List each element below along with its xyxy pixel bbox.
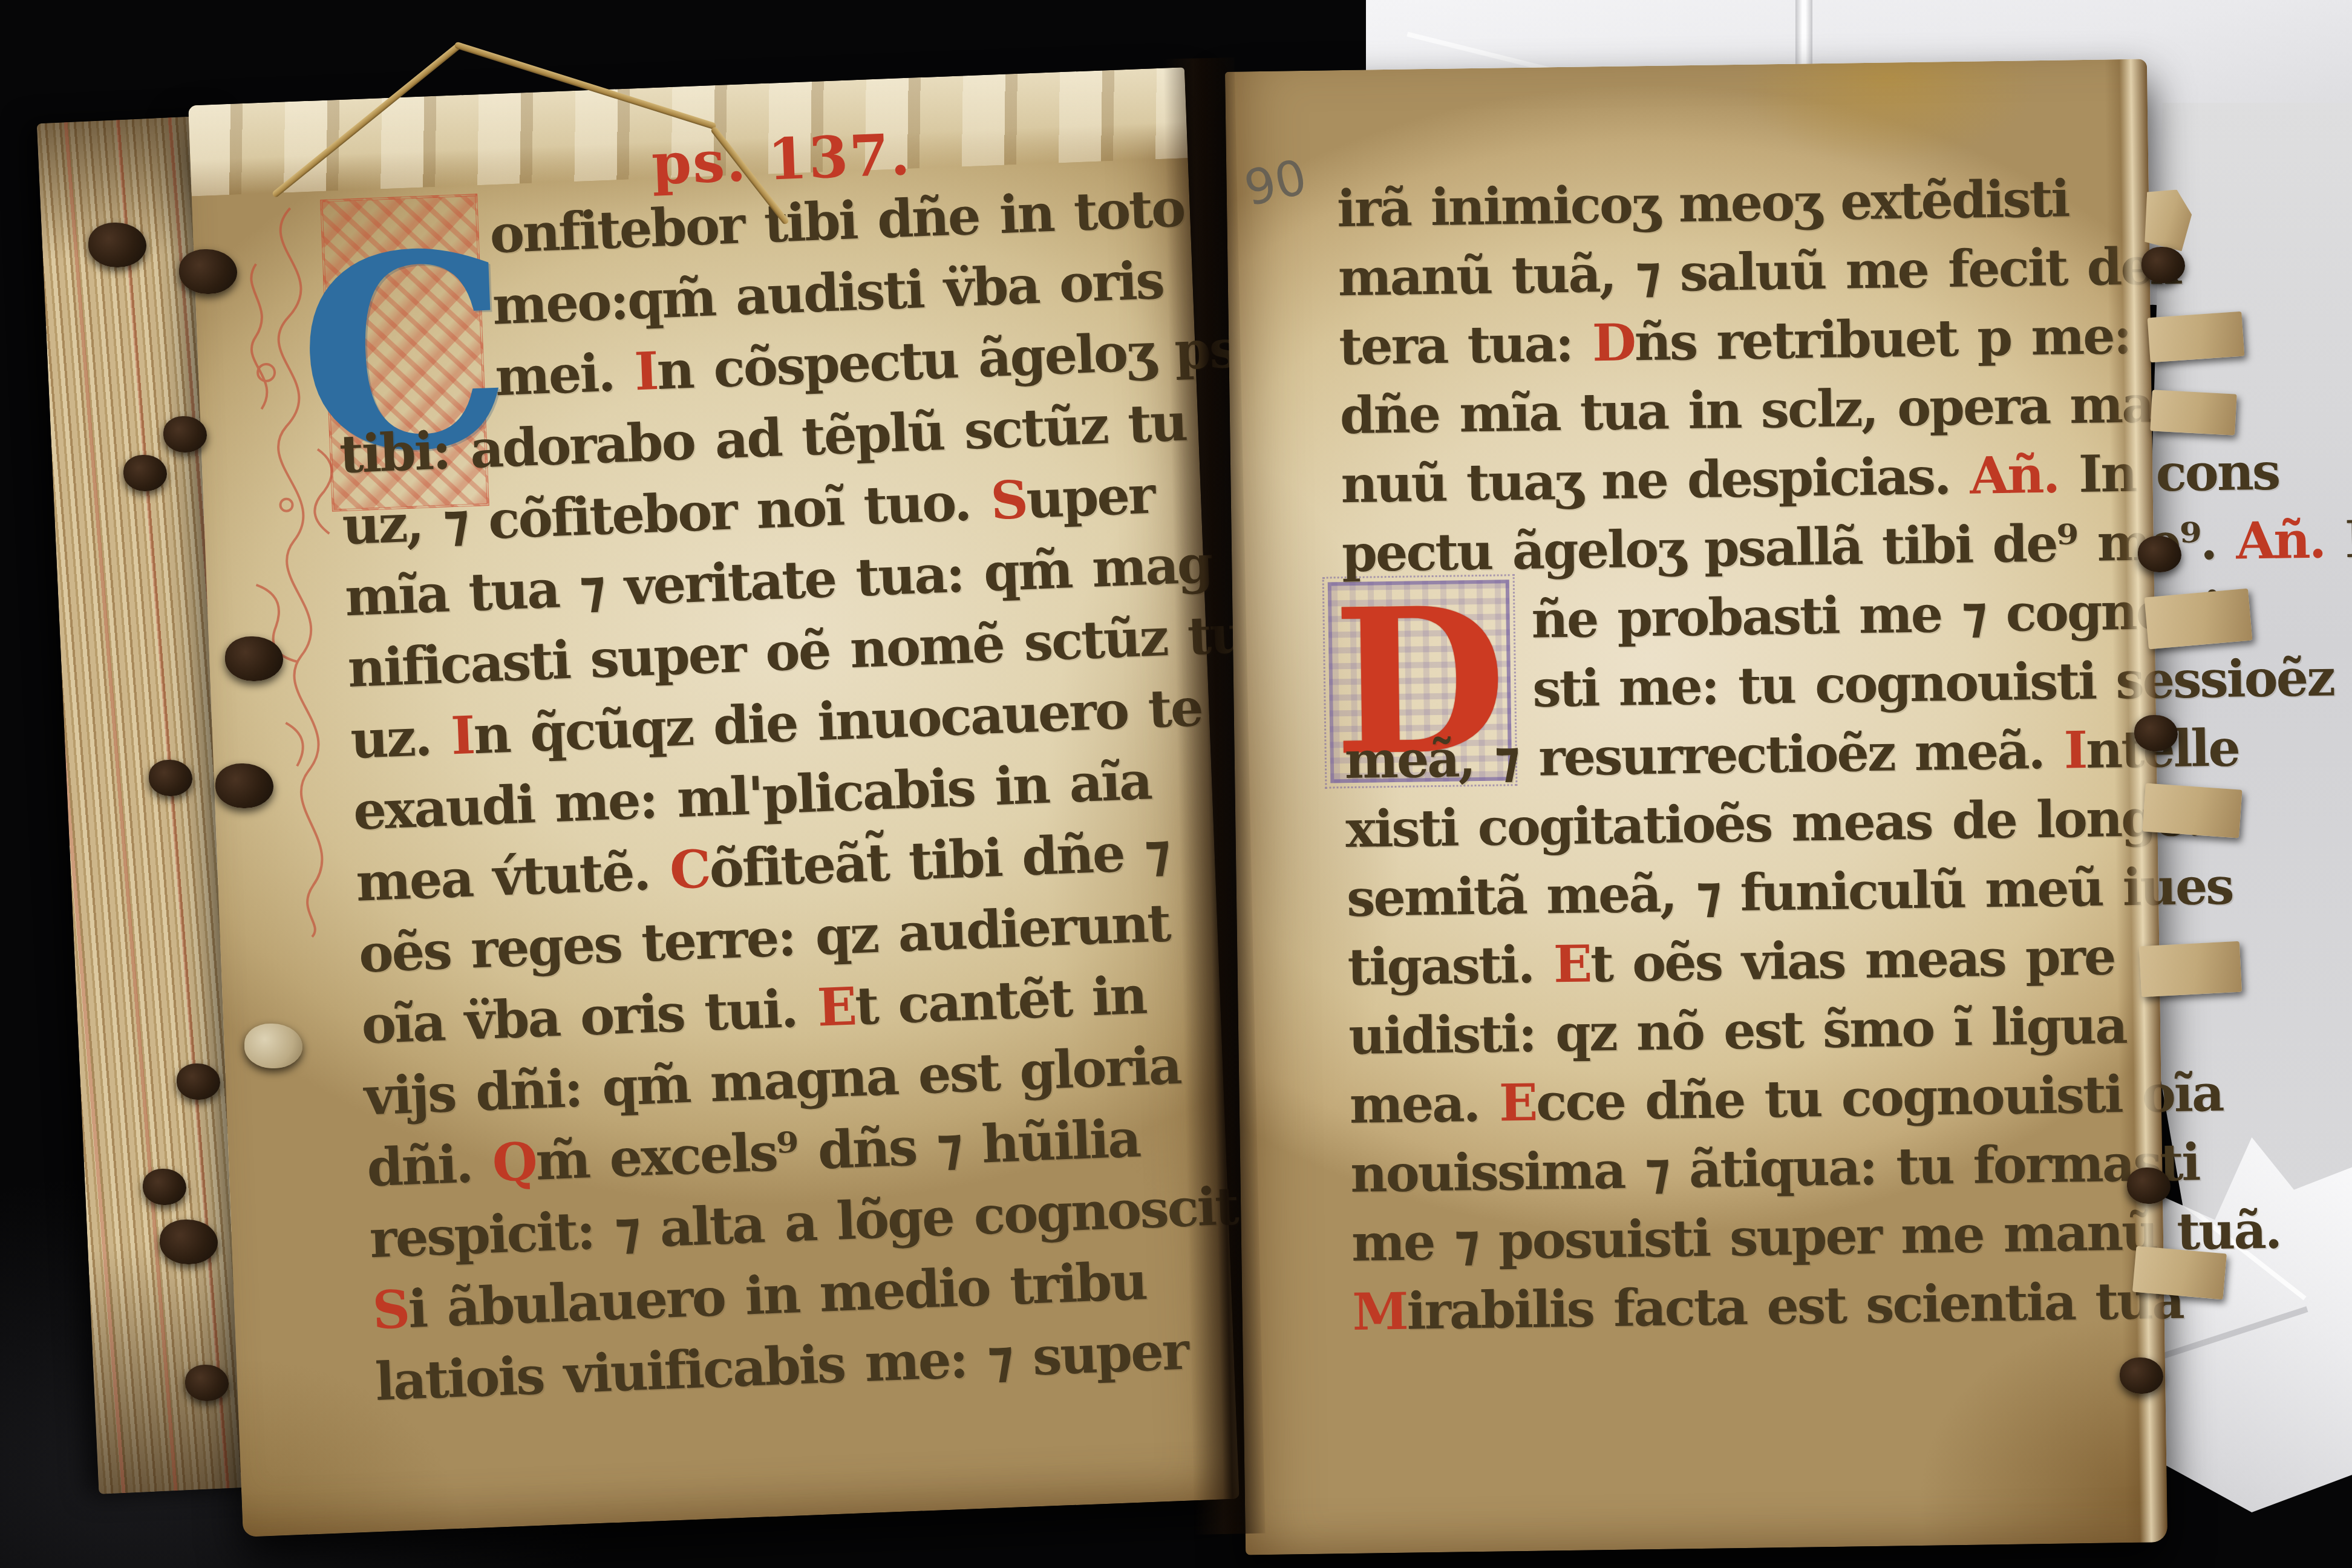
leather-knot [2127, 1168, 2171, 1204]
body-text: semitã meã, ⁊ funiculũ meũ iues [1346, 856, 2233, 928]
left-page-text-block: onfitebor tibi dñe in totomeo:qm̃ audist… [330, 172, 1241, 1418]
text-line: tigasti. Et oẽs vias meas pre [1347, 922, 2152, 1002]
body-text: meã, ⁊ resurrectioẽz meã. [1344, 720, 2064, 791]
rubricated-text: S [990, 469, 1028, 532]
leather-knot [149, 760, 192, 796]
body-text: nouissima ⁊ ãtiqua: tu formasti [1350, 1132, 2200, 1204]
parchment-index-tab [2150, 390, 2236, 435]
leather-knot [215, 763, 273, 808]
leather-knot [2141, 247, 2185, 283]
text-line: irã inimicoʒ meoʒ extẽdisti [1336, 163, 2141, 244]
text-line: xisti cogitatioẽs meas de longe: [1345, 784, 2151, 864]
right-page-text-block: irã inimicoʒ meoʒ extẽdistimanũ tuã, ⁊ s… [1336, 163, 2157, 1347]
body-text: ñe probasti me ⁊ cognoui [1531, 580, 2221, 650]
body-text: sti me: tu cognouisti sessioẽz [1532, 647, 2334, 718]
body-text: In cons [2058, 442, 2279, 505]
parchment-index-tab [2145, 589, 2253, 650]
text-line: Mirabilis facta est scientia tua [1352, 1266, 2157, 1347]
body-text: t oẽs vias meas pre [1590, 926, 2115, 993]
leather-knot [88, 223, 146, 267]
body-text: cce dñe tu cognouisti oĩa [1535, 1063, 2223, 1132]
red-penwork-filigree [217, 188, 391, 942]
body-text: nuũ tuaʒ ne despicias. [1341, 446, 1970, 515]
text-line: pectu ãgeloʒ psallã tibi de⁹ me⁹. Añ. Dñ… [1341, 508, 2146, 589]
text-line: uidisti: qz nõ est s̃mo ĩ ligua [1348, 990, 2153, 1071]
rubricated-text: Añ. [2236, 509, 2325, 570]
parchment-index-tab [2142, 783, 2242, 838]
leather-knot [123, 455, 167, 491]
body-text: irã inimicoʒ meoʒ extẽdisti [1336, 168, 2069, 238]
leather-knot [185, 1365, 229, 1401]
leather-knot [225, 636, 283, 681]
leather-knot [160, 1220, 218, 1264]
rubricated-text: I [633, 341, 658, 402]
leather-knot [143, 1169, 186, 1205]
body-text: pectu ãgeloʒ psallã tibi de⁹ me⁹. [1341, 511, 2236, 584]
rubricated-text: E [1498, 1073, 1536, 1133]
rubricated-text: E [1553, 933, 1590, 994]
text-line: nouissima ⁊ ãtiqua: tu formasti [1350, 1128, 2155, 1209]
text-line: mea. Ecce dñe tu cognouisti oĩa [1349, 1059, 2154, 1140]
body-text: xisti cogitatioẽs meas de longe: [1345, 787, 2203, 859]
body-text: uper [1025, 465, 1155, 531]
parchment-index-tab [2139, 941, 2242, 998]
text-line: manũ tuã, ⁊ saluũ me fecit dex [1338, 232, 2143, 313]
text-line: sti me: tu cognouisti sessioẽz [1343, 646, 2148, 727]
parchment-index-tab [2148, 312, 2245, 363]
body-text: t cantẽt in [854, 965, 1147, 1037]
body-text: manũ tuã, ⁊ saluũ me fecit dex [1338, 236, 2180, 307]
parchment-index-tab [2132, 1246, 2227, 1300]
text-line: ñe probasti me ⁊ cognoui [1342, 577, 2148, 658]
body-text: õfiteãt̃ tibi dñe ⁊ [708, 821, 1171, 900]
body-text: uidisti: qz nõ est s̃mo ĩ ligua [1348, 995, 2127, 1066]
rubricated-text: C [668, 838, 710, 901]
rubricated-text: I [2063, 720, 2086, 780]
rubricated-text: D [1592, 312, 1635, 373]
pale-thread-knot [244, 1024, 302, 1068]
rubricated-text: Añ. [1970, 445, 2059, 506]
body-text: dñi. [366, 1133, 494, 1199]
rubricated-text: E [816, 976, 856, 1038]
body-text: irabilis facta est scientia tua [1406, 1270, 2183, 1341]
body-text: mei. [494, 342, 636, 408]
body-text: ñs retribuet p me: [1634, 305, 2131, 372]
leather-knot [2138, 536, 2181, 572]
manuscript-left-page: ps. 137. C onfitebor tibi dñe in totomeo… [188, 71, 1239, 1537]
text-line: tera tua: Dñs retribuet p me: [1339, 301, 2144, 382]
body-text: Dñe. [2324, 508, 2352, 570]
text-line: nuũ tuaʒ ne despicias. Añ. In cons [1341, 439, 2146, 520]
leather-knot [163, 416, 207, 452]
body-text: oĩa v̈ba oris tui. [361, 978, 818, 1056]
rubricated-text: S [371, 1279, 410, 1341]
rubricated-text: I [450, 705, 475, 766]
leather-knot [179, 249, 237, 294]
manuscript-right-page: 90 D irã inimicoʒ meoʒ extẽdistimanũ tuã… [1225, 59, 2167, 1555]
body-text: dñe mĩa tua in sclz, opera ma [1339, 374, 2153, 445]
leather-knot [177, 1063, 220, 1100]
text-line: me ⁊ posuisti super me manũ tuã. [1351, 1197, 2156, 1278]
text-line: meã, ⁊ resurrectioẽz meã. Intelle [1344, 715, 2149, 795]
photograph-of-manuscript: ps. 137. C onfitebor tibi dñe in totomeo… [0, 0, 2352, 1568]
leather-knot [2134, 715, 2178, 751]
text-line: dñe mĩa tua in sclz, opera ma [1339, 370, 2145, 451]
body-text: tera tua: [1339, 313, 1593, 376]
rubricated-text: Q [491, 1131, 537, 1194]
body-text: mea. [1349, 1073, 1500, 1135]
leather-knot [2120, 1357, 2163, 1394]
text-line: semitã meã, ⁊ funiculũ meũ iues [1346, 853, 2151, 933]
body-text: tigasti. [1347, 934, 1554, 997]
rubricated-text: M [1352, 1281, 1407, 1342]
pencil-folio-number: 90 [1239, 148, 1312, 217]
body-text: mea v́tutẽ. [355, 840, 671, 913]
